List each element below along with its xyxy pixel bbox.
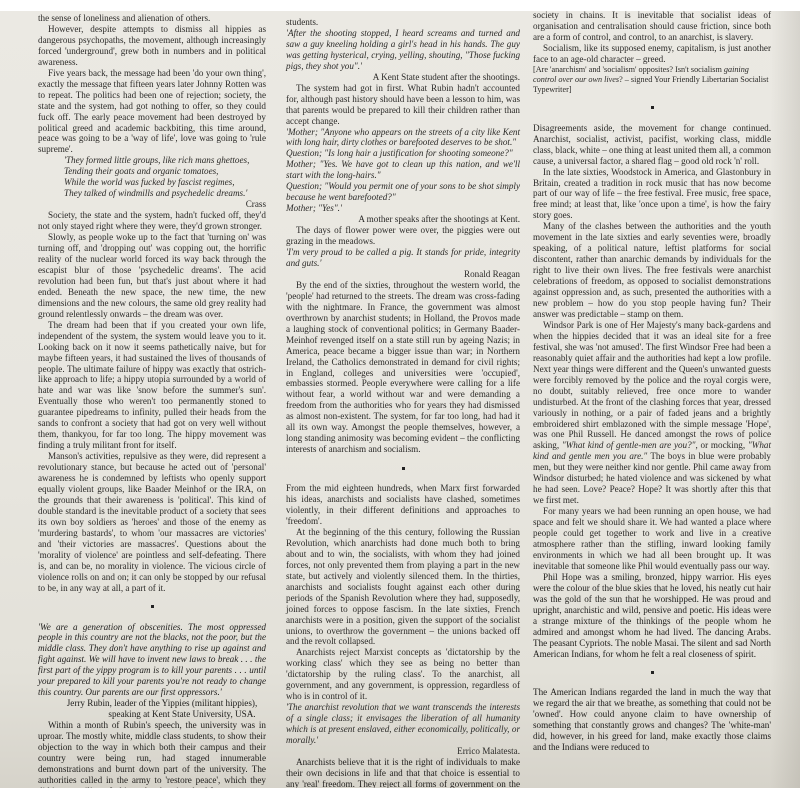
inline-quote: "What kind of gentle-men are you?" (562, 440, 696, 450)
paragraph: students. (286, 17, 520, 28)
quote-attribution: A Kent State student after the shootings… (286, 72, 520, 83)
dialogue-line: Mother; "Yes. We have got to clean up th… (286, 159, 520, 181)
verse-line: 'They formed little groups, like rich ma… (38, 155, 266, 166)
paragraph: In the late sixties, Woodstock in Americ… (533, 167, 771, 222)
bullet-dot-icon (402, 467, 405, 470)
section-separator (286, 462, 520, 474)
editorial-note: [Are 'anarchism' and 'socialism' opposit… (533, 65, 771, 95)
bullet-dot-icon (651, 106, 654, 109)
paragraph: Five years back, the message had been 'd… (38, 68, 266, 156)
quote-attribution: speaking at Kent State University, USA. (38, 709, 266, 720)
paragraph: From the mid eighteen hundreds, when Mar… (286, 483, 520, 527)
paragraph: Disagreements aside, the movement for ch… (533, 123, 771, 167)
paragraph: Windsor Park is one of Her Majesty's man… (533, 320, 771, 506)
quote-attribution: Ronald Reagan (286, 269, 520, 280)
paragraph: Society, the state and the system, hadn'… (38, 210, 266, 232)
paragraph: However, despite attempts to dismiss all… (38, 24, 266, 68)
printed-page: the sense of loneliness and alienation o… (0, 11, 800, 788)
paragraph: The days of flower power were over, the … (286, 225, 520, 247)
dialogue-line: 'Mother; "Anyone who appears on the stre… (286, 127, 520, 149)
verse-line: While the world was fucked by fascist re… (38, 177, 266, 188)
paragraph: For many years we had been running an op… (533, 506, 771, 572)
middle-column: students. 'After the shooting stopped, I… (286, 17, 520, 788)
block-quote: 'We are a generation of obscenities. The… (38, 622, 266, 699)
quote-attribution: Jerry Rubin, leader of the Yippies (mili… (38, 698, 266, 709)
paragraph: Anarchists believe that it is the right … (286, 757, 520, 788)
paragraph: The system had got in first. What Rubin … (286, 83, 520, 127)
dialogue-line: Mother; "Yes".' (286, 203, 520, 214)
paragraph: By the end of the sixties, throughout th… (286, 280, 520, 455)
paragraph: Within a month of Rubin's speech, the un… (38, 720, 266, 788)
quote-attribution: Errico Malatesta. (286, 746, 520, 757)
block-quote: 'The anarchist revolution that we want t… (286, 702, 520, 746)
note-text: [Are 'anarchism' and 'socialism' opposit… (533, 65, 724, 74)
left-column: the sense of loneliness and alienation o… (38, 13, 266, 788)
bullet-dot-icon (151, 605, 154, 608)
paragraph: Phil Hope was a smiling, bronzed, hippy … (533, 572, 771, 660)
verse-line: They talked of windmills and psychedelic… (38, 188, 266, 199)
paragraph-text: , or mocking, (696, 440, 748, 450)
verse-attribution: Crass (38, 199, 266, 210)
paragraph: At the beginning of the this century, fo… (286, 527, 520, 647)
block-quote: 'I'm very proud to be called a pig. It s… (286, 247, 520, 269)
block-quote: 'After the shooting stopped, I heard scr… (286, 28, 520, 72)
paragraph: The dream had been that if you created y… (38, 320, 266, 451)
paragraph: Anarchists reject Marxist concepts as 'd… (286, 647, 520, 702)
paragraph-text: Windsor Park is one of Her Majesty's man… (533, 320, 771, 450)
section-separator (533, 666, 771, 678)
dialogue-line: Question; "Is long hair a justification … (286, 148, 520, 159)
quote-attribution: A mother speaks after the shootings at K… (286, 214, 520, 225)
paragraph: society in chains. It is inevitable that… (533, 11, 771, 43)
bullet-dot-icon (651, 671, 654, 674)
section-separator (38, 601, 266, 613)
paragraph: Socialism, like its supposed enemy, capi… (533, 43, 771, 65)
paragraph: Manson's activities, repulsive as they w… (38, 451, 266, 593)
paragraph: Slowly, as people woke up to the fact th… (38, 232, 266, 320)
dialogue-line: Question; "Would you permit one of your … (286, 181, 520, 203)
paragraph: The American Indians regarded the land i… (533, 687, 771, 753)
right-column: society in chains. It is inevitable that… (533, 11, 771, 753)
paragraph: Many of the clashes between the authorit… (533, 221, 771, 320)
verse-line: Tending their goats and organic tomatoes… (38, 166, 266, 177)
paragraph: the sense of loneliness and alienation o… (38, 13, 266, 24)
section-separator (533, 102, 771, 114)
